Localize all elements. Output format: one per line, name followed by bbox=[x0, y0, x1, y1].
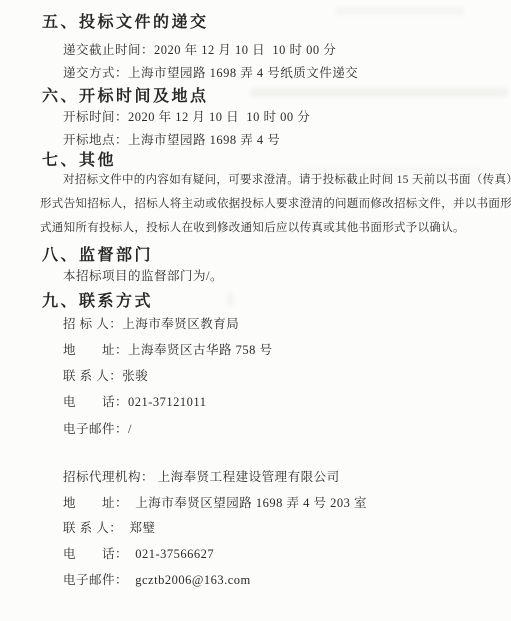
agency-address: 地 址： 上海市奉贤区望园路 1698 弄 4 号 203 室 bbox=[63, 493, 367, 511]
clarification-paragraph-line-2: 形式告知招标人，招标人将主动或依据投标人要求澄清的问题而修改招标文件，并以书面形 bbox=[40, 195, 511, 211]
bid-opening-place: 开标地点：上海市望园路 1698 弄 4 号 bbox=[63, 130, 280, 148]
agency-name: 招标代理机构： 上海奉贤工程建设管理有限公司 bbox=[63, 467, 340, 485]
agency-phone: 电 话： 021-37566627 bbox=[63, 544, 214, 562]
tenderer-name: 招 标 人：上海市奉贤区教育局 bbox=[63, 314, 239, 332]
agency-email: 电子邮件： gcztb2006@163.com bbox=[63, 570, 251, 588]
tenderer-phone: 电 话：021-37121011 bbox=[63, 392, 206, 410]
agency-contact: 联 系 人： 郑璧 bbox=[63, 518, 156, 536]
submission-method: 递交方式：上海市望园路 1698 弄 4 号纸质文件递交 bbox=[63, 63, 358, 81]
scan-artifact bbox=[250, 88, 508, 97]
clarification-paragraph-line-3: 式通知所有投标人，投标人在收到修改通知后应以传真或其他书面形式予以确认。 bbox=[40, 219, 465, 235]
supervision-department: 本招标项目的监督部门为/。 bbox=[63, 266, 223, 284]
tenderer-contact: 联 系 人：张骏 bbox=[63, 366, 148, 384]
section-9-heading: 九、联系方式 bbox=[42, 288, 153, 311]
scan-artifact bbox=[335, 7, 465, 15]
section-7-heading: 七、其他 bbox=[42, 147, 116, 170]
submission-deadline: 递交截止时间：2020 年 12 月 10 日 10 时 00 分 bbox=[63, 40, 336, 58]
section-8-heading: 八、监督部门 bbox=[42, 242, 153, 265]
document-page: 五、投标文件的递交 递交截止时间：2020 年 12 月 10 日 10 时 0… bbox=[0, 0, 511, 621]
bid-opening-time: 开标时间：2020 年 12 月 10 日 10 时 00 分 bbox=[63, 107, 310, 125]
tenderer-email: 电子邮件：/ bbox=[63, 419, 132, 437]
section-6-heading: 六、开标时间及地点 bbox=[42, 83, 209, 106]
clarification-paragraph-line-1: 对招标文件中的内容如有疑问，可要求澄清。请于投标截止时间 15 天前以书面（传真… bbox=[63, 171, 511, 187]
scan-artifact bbox=[227, 293, 234, 306]
section-5-heading: 五、投标文件的递交 bbox=[42, 9, 209, 32]
tenderer-address: 地 址：上海奉贤区古华路 758 号 bbox=[63, 340, 273, 358]
